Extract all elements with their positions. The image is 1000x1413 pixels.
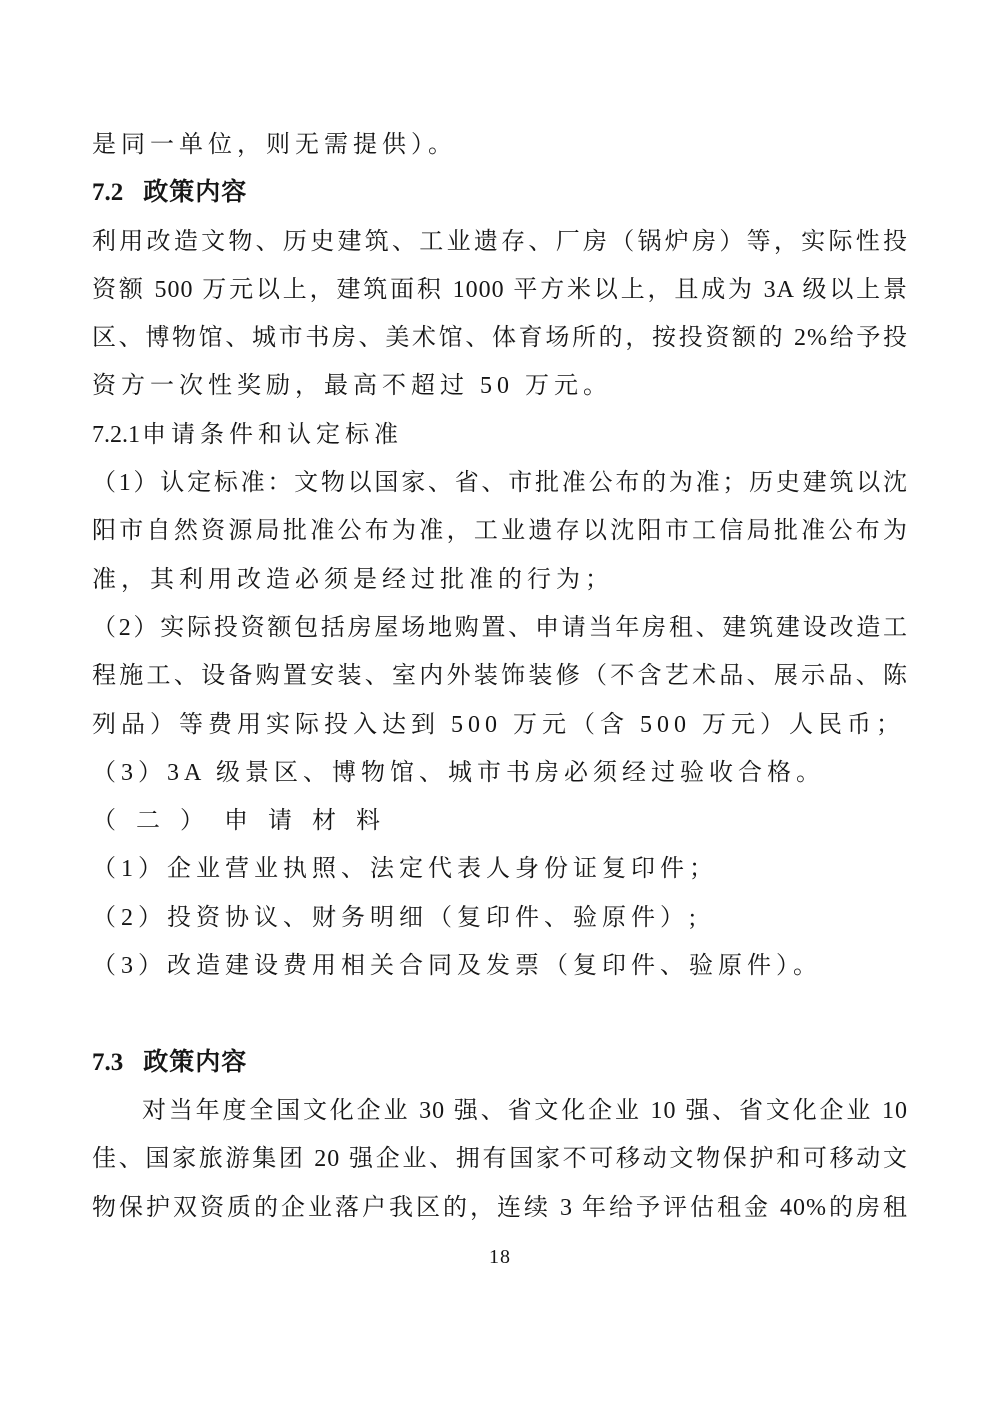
text-line: 区、博物馆、城市书房、美术馆、体育场所的，按投资额的 2%给予投 (92, 314, 908, 362)
line-text: 资额 500 万元以上，建筑面积 1000 平方米以上，且成为 3A 级以上景 (92, 277, 908, 303)
text-line: 资额 500 万元以上，建筑面积 1000 平方米以上，且成为 3A 级以上景 (92, 266, 908, 314)
text-line: （1）认定标准：文物以国家、省、市批准公布的为准；历史建筑以沈 (92, 459, 908, 507)
text-line: 对当年度全国文化企业 30 强、省文化企业 10 强、省文化企业 10 (92, 1087, 908, 1135)
text-line: 利用改造文物、历史建筑、工业遗存、厂房（锅炉房）等，实际性投 (92, 218, 908, 266)
section-heading: 7.3政策内容 (92, 1039, 908, 1087)
line-text: 物保护双资质的企业落户我区的，连续 3 年给予评估租金 40%的房租 (92, 1195, 908, 1221)
line-text: 申请条件和认定标准 (142, 422, 403, 448)
text-line: 准，其利用改造必须是经过批准的行为； (92, 556, 908, 604)
text-line: （3）3A 级景区、博物馆、城市书房必须经过验收合格。 (92, 749, 908, 797)
line-text: （2）实际投资额包括房屋场地购置、申请当年房租、建筑建设改造工 (92, 615, 908, 641)
line-text: （二）申请材料 (92, 808, 400, 834)
subsection-heading: 7.2.1申请条件和认定标准 (92, 411, 908, 459)
line-text: （2）投资协议、财务明细（复印件、验原件）; (92, 905, 701, 931)
text-line: 阳市自然资源局批准公布为准，工业遗存以沈阳市工信局批准公布为 (92, 507, 908, 555)
text-line: 资方一次性奖励，最高不超过 50 万元。 (92, 362, 908, 410)
line-text: 政策内容 (143, 179, 247, 206)
line-text: （1）认定标准：文物以国家、省、市批准公布的为准；历史建筑以沈 (92, 470, 908, 496)
line-text: 准，其利用改造必须是经过批准的行为； (92, 567, 614, 593)
document-page: 是同一单位，则无需提供）。7.2政策内容利用改造文物、历史建筑、工业遗存、厂房（… (0, 0, 1000, 1413)
page-body: 是同一单位，则无需提供）。7.2政策内容利用改造文物、历史建筑、工业遗存、厂房（… (92, 121, 908, 1232)
blank-line (92, 990, 908, 1038)
line-text: 利用改造文物、历史建筑、工业遗存、厂房（锅炉房）等，实际性投 (92, 229, 908, 255)
line-text: 佳、国家旅游集团 20 强企业、拥有国家不可移动文物保护和可移动文 (92, 1146, 908, 1172)
line-text: （1）企业营业执照、法定代表人身份证复印件； (92, 856, 718, 882)
heading-number: 7.2 (92, 179, 123, 206)
text-line: （2）实际投资额包括房屋场地购置、申请当年房租、建筑建设改造工 (92, 604, 908, 652)
heading-number: 7.2.1 (92, 422, 140, 448)
text-line: （3）改造建设费用相关合同及发票（复印件、验原件）。 (92, 942, 908, 990)
line-text: （3）改造建设费用相关合同及发票（复印件、验原件）。 (92, 953, 822, 979)
heading-number: 7.3 (92, 1049, 123, 1076)
text-line: 是同一单位，则无需提供）。 (92, 121, 908, 169)
line-text: 阳市自然资源局批准公布为准，工业遗存以沈阳市工信局批准公布为 (92, 518, 908, 544)
page-number: 18 (0, 1246, 1000, 1269)
line-text: 区、博物馆、城市书房、美术馆、体育场所的，按投资额的 2%给予投 (92, 325, 908, 351)
text-line: 列品）等费用实际投入达到 500 万元（含 500 万元）人民币； (92, 701, 908, 749)
line-text: 是同一单位，则无需提供）。 (92, 132, 457, 158)
line-text: 程施工、设备购置安装、室内外装饰装修（不含艺术品、展示品、陈 (92, 663, 908, 689)
text-line: （2）投资协议、财务明细（复印件、验原件）; (92, 894, 908, 942)
line-text: 列品）等费用实际投入达到 500 万元（含 500 万元）人民币； (92, 712, 905, 738)
text-line: （1）企业营业执照、法定代表人身份证复印件； (92, 845, 908, 893)
text-line: 程施工、设备购置安装、室内外装饰装修（不含艺术品、展示品、陈 (92, 652, 908, 700)
line-text: 对当年度全国文化企业 30 强、省文化企业 10 强、省文化企业 10 (142, 1098, 908, 1124)
line-text: 资方一次性奖励，最高不超过 50 万元。 (92, 373, 612, 399)
text-line: （二）申请材料 (92, 797, 908, 845)
line-text: （3）3A 级景区、博物馆、城市书房必须经过验收合格。 (92, 760, 825, 786)
text-line: 佳、国家旅游集团 20 强企业、拥有国家不可移动文物保护和可移动文 (92, 1135, 908, 1183)
section-heading: 7.2政策内容 (92, 169, 908, 217)
line-text: 政策内容 (143, 1049, 247, 1076)
text-line: 物保护双资质的企业落户我区的，连续 3 年给予评估租金 40%的房租 (92, 1184, 908, 1232)
